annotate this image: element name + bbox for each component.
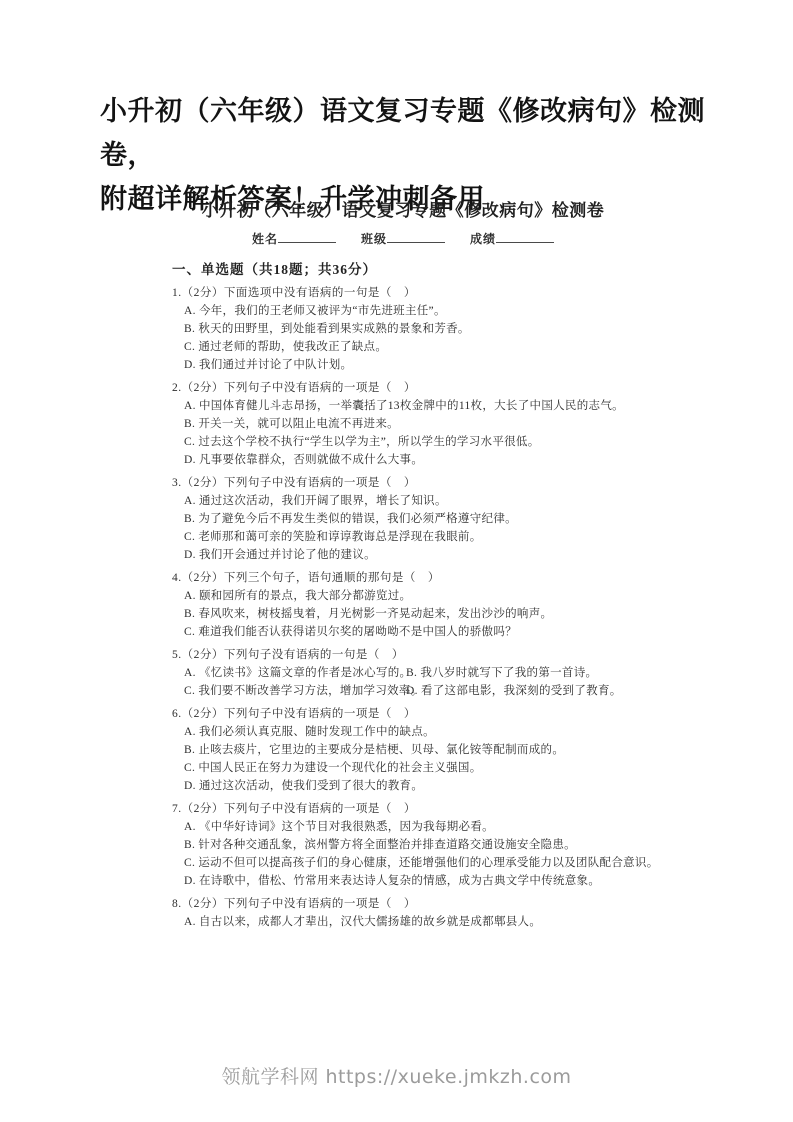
question-options: A. 颐和园所有的景点，我大部分都游览过。B. 春风吹来，树枝摇曳着，月光树影一… bbox=[172, 587, 634, 641]
question-option: A. 我们必须认真克服、随时发现工作中的缺点。 bbox=[172, 723, 634, 741]
score-blank-line bbox=[496, 231, 554, 243]
question-options: A. 《中华好诗词》这个节目对我很熟悉，因为我每期必看。B. 针对各种交通乱象，… bbox=[172, 818, 634, 890]
name-label: 姓名 bbox=[252, 232, 278, 246]
exam-title: 小升初（六年级）语文复习专题《修改病句》检测卷 bbox=[172, 196, 634, 221]
question-block: 7.（2分）下列句子中没有语病的一项是（ ）A. 《中华好诗词》这个节目对我很熟… bbox=[172, 800, 634, 890]
question-stem: 4.（2分）下列三个句子，语句通顺的那句是（ ） bbox=[172, 569, 634, 587]
page-title-line1: 小升初（六年级）语文复习专题《修改病句》检测卷， bbox=[100, 90, 715, 178]
class-blank-line bbox=[387, 231, 445, 243]
question-option: C. 运动不但可以提高孩子们的身心健康，还能增强他们的心理承受能力以及团队配合意… bbox=[172, 854, 634, 872]
exam-document: 小升初（六年级）语文复习专题《修改病句》检测卷 姓名 班级 成绩 一、单选题（共… bbox=[172, 196, 634, 931]
question-stem: 3.（2分）下列句子中没有语病的一项是（ ） bbox=[172, 474, 634, 492]
question-option: C. 我们要不断改善学习方法，增加学习效率。 bbox=[172, 682, 394, 700]
question-option: B. 为了避免今后不再发生类似的错误，我们必须严格遵守纪律。 bbox=[172, 510, 634, 528]
question-option: B. 秋天的田野里，到处能看到果实成熟的景象和芳香。 bbox=[172, 320, 634, 338]
question-block: 4.（2分）下列三个句子，语句通顺的那句是（ ）A. 颐和园所有的景点，我大部分… bbox=[172, 569, 634, 641]
question-options: A. 我们必须认真克服、随时发现工作中的缺点。B. 止咳去痰片，它里边的主要成分… bbox=[172, 723, 634, 795]
question-options: A. 通过这次活动，我们开阔了眼界，增长了知识。B. 为了避免今后不再发生类似的… bbox=[172, 492, 634, 564]
question-stem: 6.（2分）下列句子中没有语病的一项是（ ） bbox=[172, 705, 634, 723]
question-option: D. 通过这次活动，使我们受到了很大的教育。 bbox=[172, 777, 634, 795]
question-option: A. 通过这次活动，我们开阔了眼界，增长了知识。 bbox=[172, 492, 634, 510]
student-info-row: 姓名 班级 成绩 bbox=[172, 230, 634, 247]
question-option: A. 今年，我们的王老师又被评为“市先进班主任”。 bbox=[172, 302, 634, 320]
question-block: 6.（2分）下列句子中没有语病的一项是（ ）A. 我们必须认真克服、随时发现工作… bbox=[172, 705, 634, 795]
question-option: B. 止咳去痰片，它里边的主要成分是桔梗、贝母、氯化铵等配制而成的。 bbox=[172, 741, 634, 759]
question-options: A. 今年，我们的王老师又被评为“市先进班主任”。B. 秋天的田野里，到处能看到… bbox=[172, 302, 634, 374]
question-block: 8.（2分）下列句子中没有语病的一项是（ ）A. 自古以来，成都人才辈出，汉代大… bbox=[172, 895, 634, 931]
question-option: A. 《忆读书》这篇文章的作者是冰心写的。 bbox=[172, 664, 394, 682]
question-option: C. 难道我们能否认获得诺贝尔奖的屠呦呦不是中国人的骄傲吗？ bbox=[172, 623, 634, 641]
question-option: C. 老师那和蔼可亲的笑脸和谆谆教诲总是浮现在我眼前。 bbox=[172, 528, 634, 546]
question-stem: 8.（2分）下列句子中没有语病的一项是（ ） bbox=[172, 895, 634, 913]
question-options: A. 中国体育健儿斗志昂扬，一举囊括了13枚金牌中的11枚，大长了中国人民的志气… bbox=[172, 397, 634, 469]
question-option: B. 春风吹来，树枝摇曳着，月光树影一齐晃动起来，发出沙沙的响声。 bbox=[172, 605, 634, 623]
question-stem: 1.（2分）下面选项中没有语病的一句是（ ） bbox=[172, 284, 634, 302]
question-options: A. 自古以来，成都人才辈出，汉代大儒扬雄的故乡就是成都郫县人。 bbox=[172, 913, 634, 931]
question-option: A. 中国体育健儿斗志昂扬，一举囊括了13枚金牌中的11枚，大长了中国人民的志气… bbox=[172, 397, 634, 415]
question-option: C. 中国人民正在努力为建设一个现代化的社会主义强国。 bbox=[172, 759, 634, 777]
question-option: D. 在诗歌中，借松、竹常用来表达诗人复杂的情感，成为古典文学中传统意象。 bbox=[172, 872, 634, 890]
question-block: 3.（2分）下列句子中没有语病的一项是（ ）A. 通过这次活动，我们开阔了眼界，… bbox=[172, 474, 634, 564]
question-list: 1.（2分）下面选项中没有语病的一句是（ ）A. 今年，我们的王老师又被评为“市… bbox=[172, 284, 634, 931]
question-option: B. 开关一关，就可以阻止电流不再进来。 bbox=[172, 415, 634, 433]
class-field-group: 班级 bbox=[361, 230, 445, 247]
question-option: C. 过去这个学校不执行“学生以学为主”，所以学生的学习水平很低。 bbox=[172, 433, 634, 451]
question-stem: 5.（2分）下列句子没有语病的一句是（ ） bbox=[172, 646, 634, 664]
question-option: A. 颐和园所有的景点，我大部分都游览过。 bbox=[172, 587, 634, 605]
score-field-group: 成绩 bbox=[470, 230, 554, 247]
question-option: B. 针对各种交通乱象，滨州警方将全面整治并排查道路交通设施安全隐患。 bbox=[172, 836, 634, 854]
question-stem: 2.（2分）下列句子中没有语病的一项是（ ） bbox=[172, 379, 634, 397]
question-option: D. 我们开会通过并讨论了他的建议。 bbox=[172, 546, 634, 564]
question-option: D. 看了这部电影，我深刻的受到了教育。 bbox=[394, 682, 634, 700]
section-heading: 一、单选题（共18题；共36分） bbox=[172, 261, 634, 279]
question-option: D. 我们通过并讨论了中队计划。 bbox=[172, 356, 634, 374]
question-option: A. 《中华好诗词》这个节目对我很熟悉，因为我每期必看。 bbox=[172, 818, 634, 836]
question-option: A. 自古以来，成都人才辈出，汉代大儒扬雄的故乡就是成都郫县人。 bbox=[172, 913, 634, 931]
class-label: 班级 bbox=[361, 232, 387, 246]
question-block: 2.（2分）下列句子中没有语病的一项是（ ）A. 中国体育健儿斗志昂扬，一举囊括… bbox=[172, 379, 634, 469]
question-block: 5.（2分）下列句子没有语病的一句是（ ）A. 《忆读书》这篇文章的作者是冰心写… bbox=[172, 646, 634, 700]
question-stem: 7.（2分）下列句子中没有语病的一项是（ ） bbox=[172, 800, 634, 818]
question-option: D. 凡事要依靠群众，否则就做不成什么大事。 bbox=[172, 451, 634, 469]
question-option: B. 我八岁时就写下了我的第一首诗。 bbox=[394, 664, 634, 682]
score-label: 成绩 bbox=[470, 232, 496, 246]
question-option: C. 通过老师的帮助，使我改正了缺点。 bbox=[172, 338, 634, 356]
name-field-group: 姓名 bbox=[252, 230, 336, 247]
name-blank-line bbox=[278, 231, 336, 243]
question-block: 1.（2分）下面选项中没有语病的一句是（ ）A. 今年，我们的王老师又被评为“市… bbox=[172, 284, 634, 374]
question-options: A. 《忆读书》这篇文章的作者是冰心写的。B. 我八岁时就写下了我的第一首诗。C… bbox=[172, 664, 634, 700]
footer-watermark: 领航学科网 https://xueke.jmkzh.com bbox=[0, 1062, 793, 1089]
